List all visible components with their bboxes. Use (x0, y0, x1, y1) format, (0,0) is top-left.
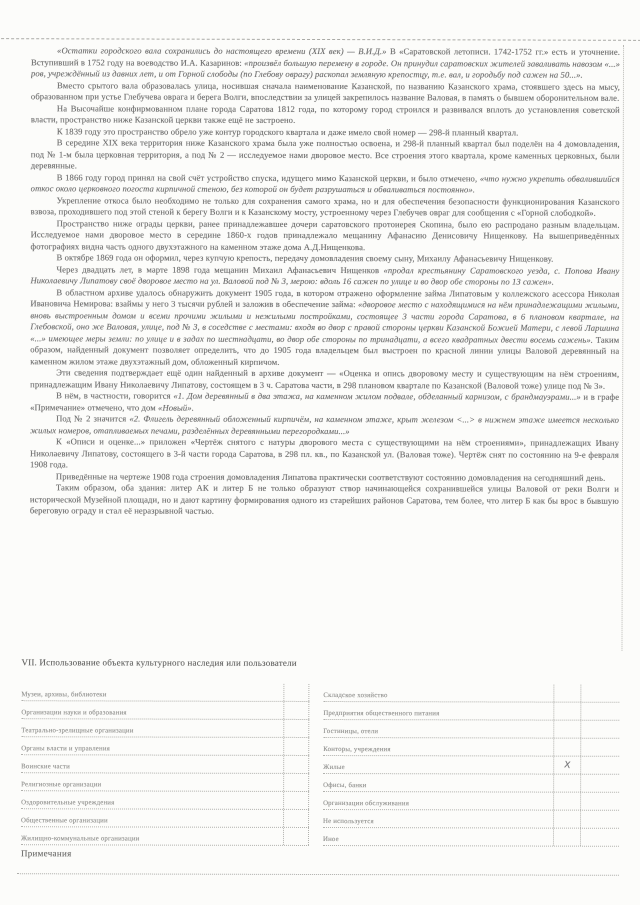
usage-label: Жилые (323, 764, 553, 774)
usage-label: Организации обслуживания (323, 800, 553, 810)
usage-form-right-column: Складское хозяйствоПредприятия обществен… (323, 684, 619, 847)
body-text: В октябре 1869 года он оформил, через ку… (56, 252, 553, 263)
usage-checkbox (283, 792, 309, 809)
usage-label: Органы власти и управления (21, 745, 283, 755)
usage-checkbox (283, 756, 309, 773)
body-text: Вместо срытого вала образовалась улица, … (31, 80, 620, 103)
dotted-tail (581, 757, 619, 774)
body-text: Пространство ниже ограды церкви, ранее п… (31, 218, 620, 252)
paragraph: В нём, в частности, говорится «1. Дом де… (30, 390, 619, 415)
usage-checkbox: X (553, 757, 581, 774)
usage-checkbox (553, 793, 581, 810)
usage-label: Организации науки и образования (21, 709, 283, 719)
top-dotted-rule (1, 38, 640, 41)
usage-checkbox (283, 810, 309, 827)
dotted-tail (581, 703, 619, 720)
dotted-tail (581, 721, 619, 738)
body-text: К «Описи и оценке...» приложен «Чертёж с… (30, 436, 619, 469)
section-vii-heading: VII. Использование объекта культурного н… (21, 657, 581, 668)
usage-row: Религиозные организации (21, 773, 309, 792)
usage-label: Музеи, архивы, библиотеки (21, 691, 283, 701)
dotted-tail (581, 685, 619, 702)
usage-checkbox (553, 811, 581, 828)
paragraph: Пространство ниже ограды церкви, ранее п… (31, 218, 620, 254)
bottom-dotted-rule (17, 873, 619, 876)
usage-label: Складское хозяйство (323, 692, 553, 702)
notes-heading: Примечания (21, 848, 72, 858)
body-text: В 1866 году город принял на свой счёт ус… (57, 172, 480, 183)
dotted-tail (581, 793, 619, 810)
usage-row: Организации науки и образования (21, 701, 309, 720)
body-text: Под № 2 значится (56, 413, 129, 423)
document-text: «Остатки городского вала сохранились до … (30, 45, 620, 518)
usage-label: Воинские части (21, 763, 283, 773)
quoted-text: «1. Дом деревянный в два этажа, на камен… (173, 391, 580, 402)
usage-checkbox (283, 702, 309, 719)
usage-label: Религиозные организации (21, 781, 283, 791)
usage-row: Общественные организации (21, 809, 309, 828)
usage-row: Музеи, архивы, библиотеки (21, 683, 309, 702)
usage-checkbox (283, 720, 309, 737)
usage-row: Гостиницы, отели (323, 720, 619, 739)
usage-row: Организации обслуживания (323, 792, 619, 811)
body-text: Таким образом, оба здания: литер АК и ли… (30, 482, 619, 515)
body-text: В середине XIX века территория ниже Каза… (31, 137, 620, 170)
usage-row: Офисы, банки (323, 774, 619, 793)
usage-checkbox (283, 828, 309, 845)
usage-label: Жилищно-коммунальные организации (21, 835, 283, 845)
usage-label: Оздоровительные учреждения (21, 799, 283, 809)
usage-label: Гостиницы, отели (323, 728, 553, 738)
body-text: В нём, в частности, говорится (56, 390, 173, 400)
usage-row: Конторы, учреждения (323, 738, 619, 757)
paragraph: Под № 2 значится «2. Флигель деревянный … (30, 413, 619, 438)
body-text: Эти сведения подтверждает ещё один найде… (30, 367, 619, 390)
paragraph: «Остатки городского вала сохранились до … (31, 45, 620, 81)
x-mark: X (563, 760, 571, 771)
dotted-tail (581, 775, 619, 792)
usage-row: Предприятия общественного питания (323, 702, 619, 721)
quoted-text: «Новый». (158, 402, 194, 412)
usage-checkbox (283, 684, 309, 701)
usage-label: Не используется (323, 818, 553, 828)
usage-row: Иное (323, 828, 619, 847)
body-text: Через двадцать лет, в марте 1898 года ме… (56, 264, 383, 275)
scan-surface: «Остатки городского вала сохранились до … (0, 0, 640, 905)
paragraph: Эти сведения подтверждает ещё один найде… (30, 367, 619, 392)
usage-label: Офисы, банки (323, 782, 553, 792)
usage-form-left-column: Музеи, архивы, библиотекиОрганизации нау… (21, 683, 309, 846)
usage-checkbox (553, 739, 581, 756)
body-text: К 1839 году это пространство обрело уже … (57, 126, 519, 137)
dotted-tail (581, 829, 619, 846)
body-text: Приведённые на чертеже 1908 года строени… (56, 471, 605, 482)
paragraph: В областном архиве удалось обнаружить до… (30, 287, 619, 369)
usage-row: Оздоровительные учреждения (21, 791, 309, 810)
usage-checkbox (553, 703, 581, 720)
usage-label: Предприятия общественного питания (323, 710, 553, 720)
usage-checkbox (553, 685, 581, 702)
usage-checkbox (283, 738, 309, 755)
usage-row: Жилищно-коммунальные организации (21, 827, 309, 846)
usage-checkbox (553, 775, 581, 792)
usage-row: Воинские части (21, 755, 309, 774)
body-text: Укрепление откоса было необходимо не тол… (31, 195, 620, 218)
paragraph: В середине XIX века территория ниже Каза… (31, 137, 620, 173)
usage-row: Не используется (323, 810, 619, 829)
usage-row: ЖилыеX (323, 756, 619, 775)
usage-row: Складское хозяйство (323, 684, 619, 703)
quoted-text: «Остатки городского вала сохранились до … (57, 45, 390, 56)
paragraph: Через двадцать лет, в марте 1898 года ме… (30, 264, 619, 289)
usage-checkbox (553, 721, 581, 738)
usage-label: Конторы, учреждения (323, 746, 553, 756)
paragraph: К «Описи и оценке...» приложен «Чертёж с… (30, 436, 619, 472)
scanned-document-page: «Остатки городского вала сохранились до … (0, 0, 640, 905)
usage-row: Театрально-зрелищные организации (21, 719, 309, 738)
usage-form: Музеи, архивы, библиотекиОрганизации нау… (21, 683, 619, 847)
paragraph: Вместо срытого вала образовалась улица, … (31, 80, 620, 105)
usage-label: Общественные организации (21, 817, 283, 827)
usage-checkbox (553, 829, 581, 846)
paragraph: На Высочайше конфирмованном плане города… (31, 103, 620, 128)
paragraph: Таким образом, оба здания: литер АК и ли… (30, 482, 619, 518)
right-edge-dotted-rule (621, 45, 624, 651)
usage-label: Иное (323, 836, 553, 846)
body-text: На Высочайше конфирмованном плане города… (31, 103, 620, 125)
dotted-tail (581, 739, 619, 756)
dotted-tail (581, 811, 619, 828)
usage-checkbox (283, 774, 309, 791)
paragraph: Укрепление откоса было необходимо не тол… (31, 195, 620, 220)
usage-row: Органы власти и управления (21, 737, 309, 756)
paragraph: В 1866 году город принял на свой счёт ус… (31, 172, 620, 197)
usage-label: Театрально-зрелищные организации (21, 727, 283, 737)
